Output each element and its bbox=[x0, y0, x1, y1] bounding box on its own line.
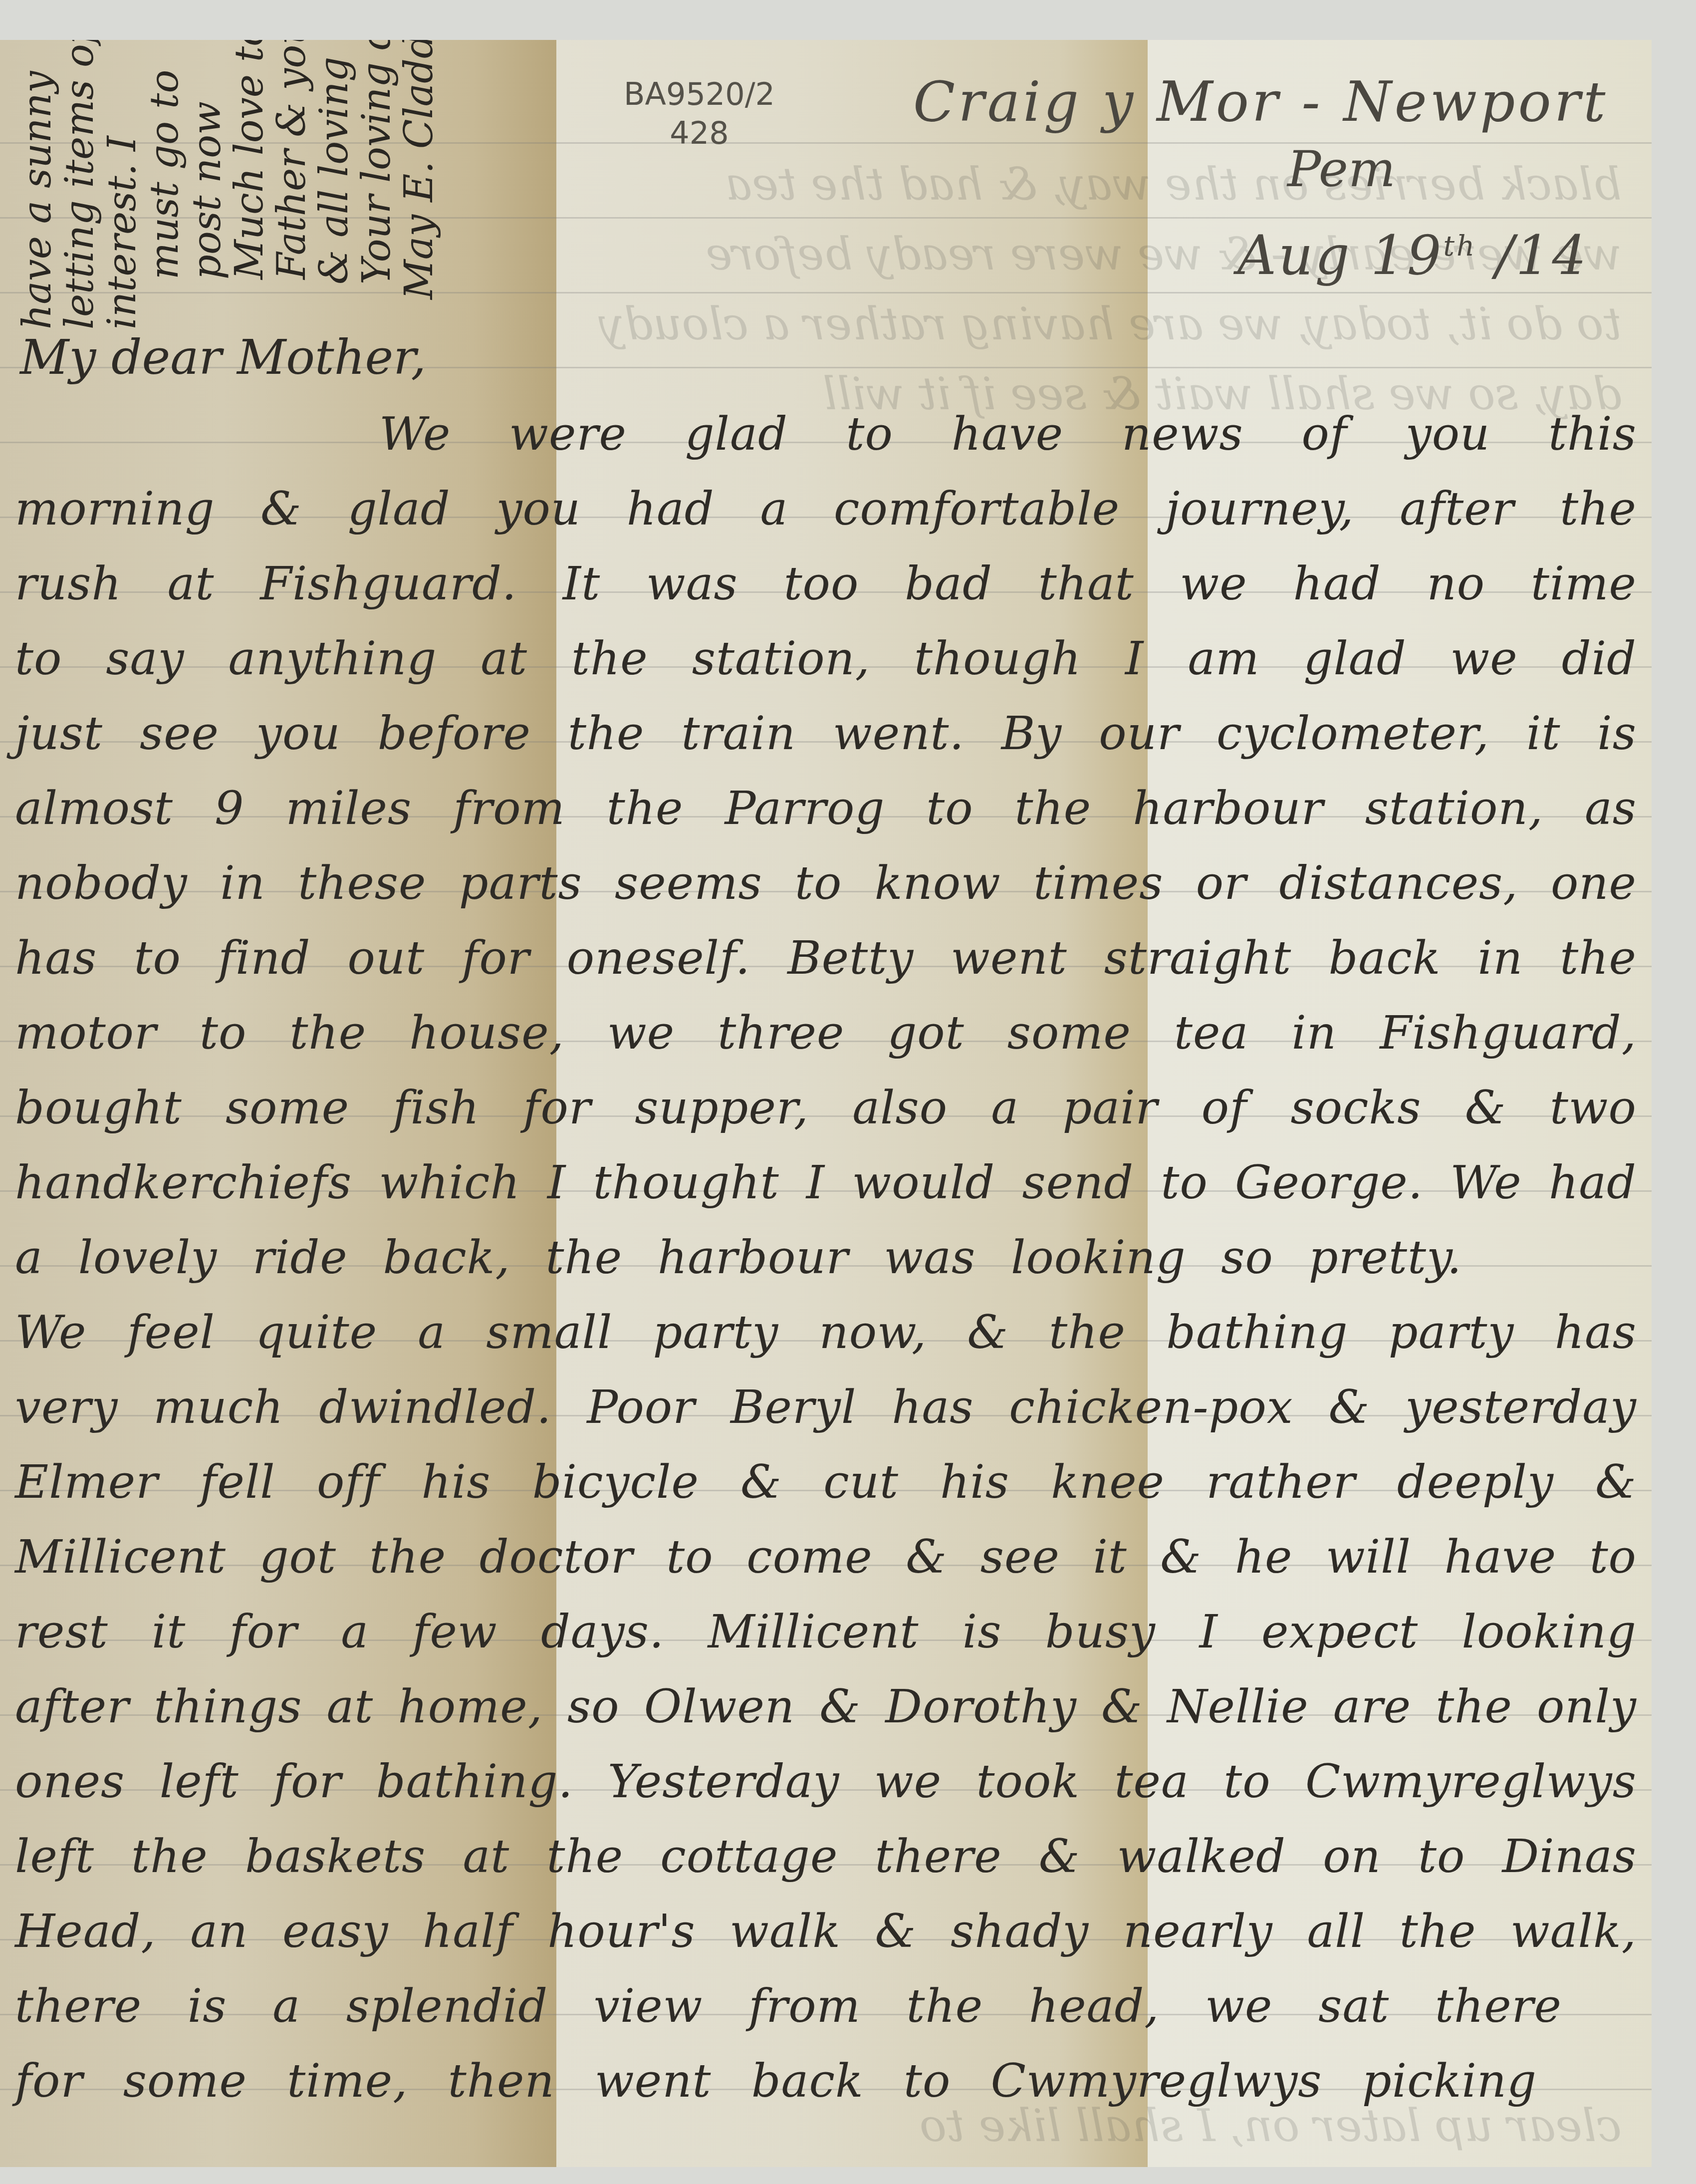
marginalia-line: post now bbox=[185, 101, 230, 279]
marginalia-line: must go to bbox=[142, 70, 187, 279]
archive-ref-code: BA9520/2 bbox=[624, 75, 775, 114]
letter-date: Aug 19th /14 bbox=[1237, 225, 1588, 287]
body-line: Elmer fell off his bicycle & cut his kne… bbox=[15, 1452, 1637, 1512]
body-line: motor to the house, we three got some te… bbox=[15, 1003, 1637, 1063]
body-line: nobody in these parts seems to know time… bbox=[15, 853, 1637, 913]
body-line: rest it for a few days. Millicent is bus… bbox=[15, 1602, 1637, 1662]
marginalia-line: May E. Cladden bbox=[397, 40, 442, 299]
marginalia-line: have a sunny bbox=[15, 71, 60, 329]
body-line: very much dwindled. Poor Beryl has chick… bbox=[15, 1377, 1637, 1437]
body-line: almost 9 miles from the Parrog to the ha… bbox=[15, 779, 1637, 838]
body-line: left the baskets at the cottage there & … bbox=[15, 1827, 1637, 1887]
body-line: there is a splendid view from the head, … bbox=[15, 1976, 1562, 2036]
body-line: for some time, then went back to Cwmyreg… bbox=[15, 2051, 1537, 2111]
body-line: rush at Fishguard. It was too bad that w… bbox=[15, 554, 1637, 614]
body-line: after things at home, so Olwen & Dorothy… bbox=[15, 1677, 1637, 1737]
body-line: bought some fish for supper, also a pair… bbox=[15, 1078, 1637, 1138]
body-line: has to find out for oneself. Betty went … bbox=[15, 928, 1637, 988]
marginalia-line: Father & you bbox=[269, 40, 314, 279]
archive-reference: BA9520/2 428 bbox=[624, 75, 775, 153]
body-line: ones left for bathing. Yesterday we took… bbox=[15, 1752, 1637, 1812]
body-line: a lovely ride back, the harbour was look… bbox=[15, 1228, 1462, 1288]
marginalia-line: Your loving daughter bbox=[354, 40, 399, 284]
body-line: We feel quite a small party now, & the b… bbox=[15, 1303, 1637, 1363]
body-line: to say anything at the station, though I… bbox=[15, 629, 1637, 689]
marginalia-line: Much love to bbox=[227, 40, 272, 279]
marginalia-line: interest. I bbox=[100, 136, 145, 329]
body-line: morning & glad you had a comfortable jou… bbox=[15, 479, 1637, 539]
date-year: /14 bbox=[1495, 225, 1588, 287]
body-line: Millicent got the doctor to come & see i… bbox=[15, 1527, 1637, 1587]
archive-ref-number: 428 bbox=[624, 114, 775, 153]
body-line: Head, an easy half hour's walk & shady n… bbox=[15, 1902, 1637, 1961]
body-line: just see you before the train went. By o… bbox=[15, 704, 1637, 764]
salutation: My dear Mother, bbox=[20, 329, 426, 385]
marginalia-line: letting items of bbox=[57, 40, 102, 329]
body-line: handkerchiefs which I thought I would se… bbox=[15, 1153, 1637, 1213]
date-month-day: Aug 19 bbox=[1237, 225, 1443, 287]
marginalia-line: & all loving bbox=[312, 57, 357, 285]
body-line: We were glad to have news of you this bbox=[379, 404, 1637, 464]
address-line-1: Craig y Mor - Newport bbox=[913, 70, 1608, 134]
letter-page: black berries on the way, & had the tea … bbox=[0, 40, 1652, 2167]
address-line-2: Pem bbox=[1287, 140, 1396, 198]
date-suffix: th bbox=[1443, 230, 1476, 263]
